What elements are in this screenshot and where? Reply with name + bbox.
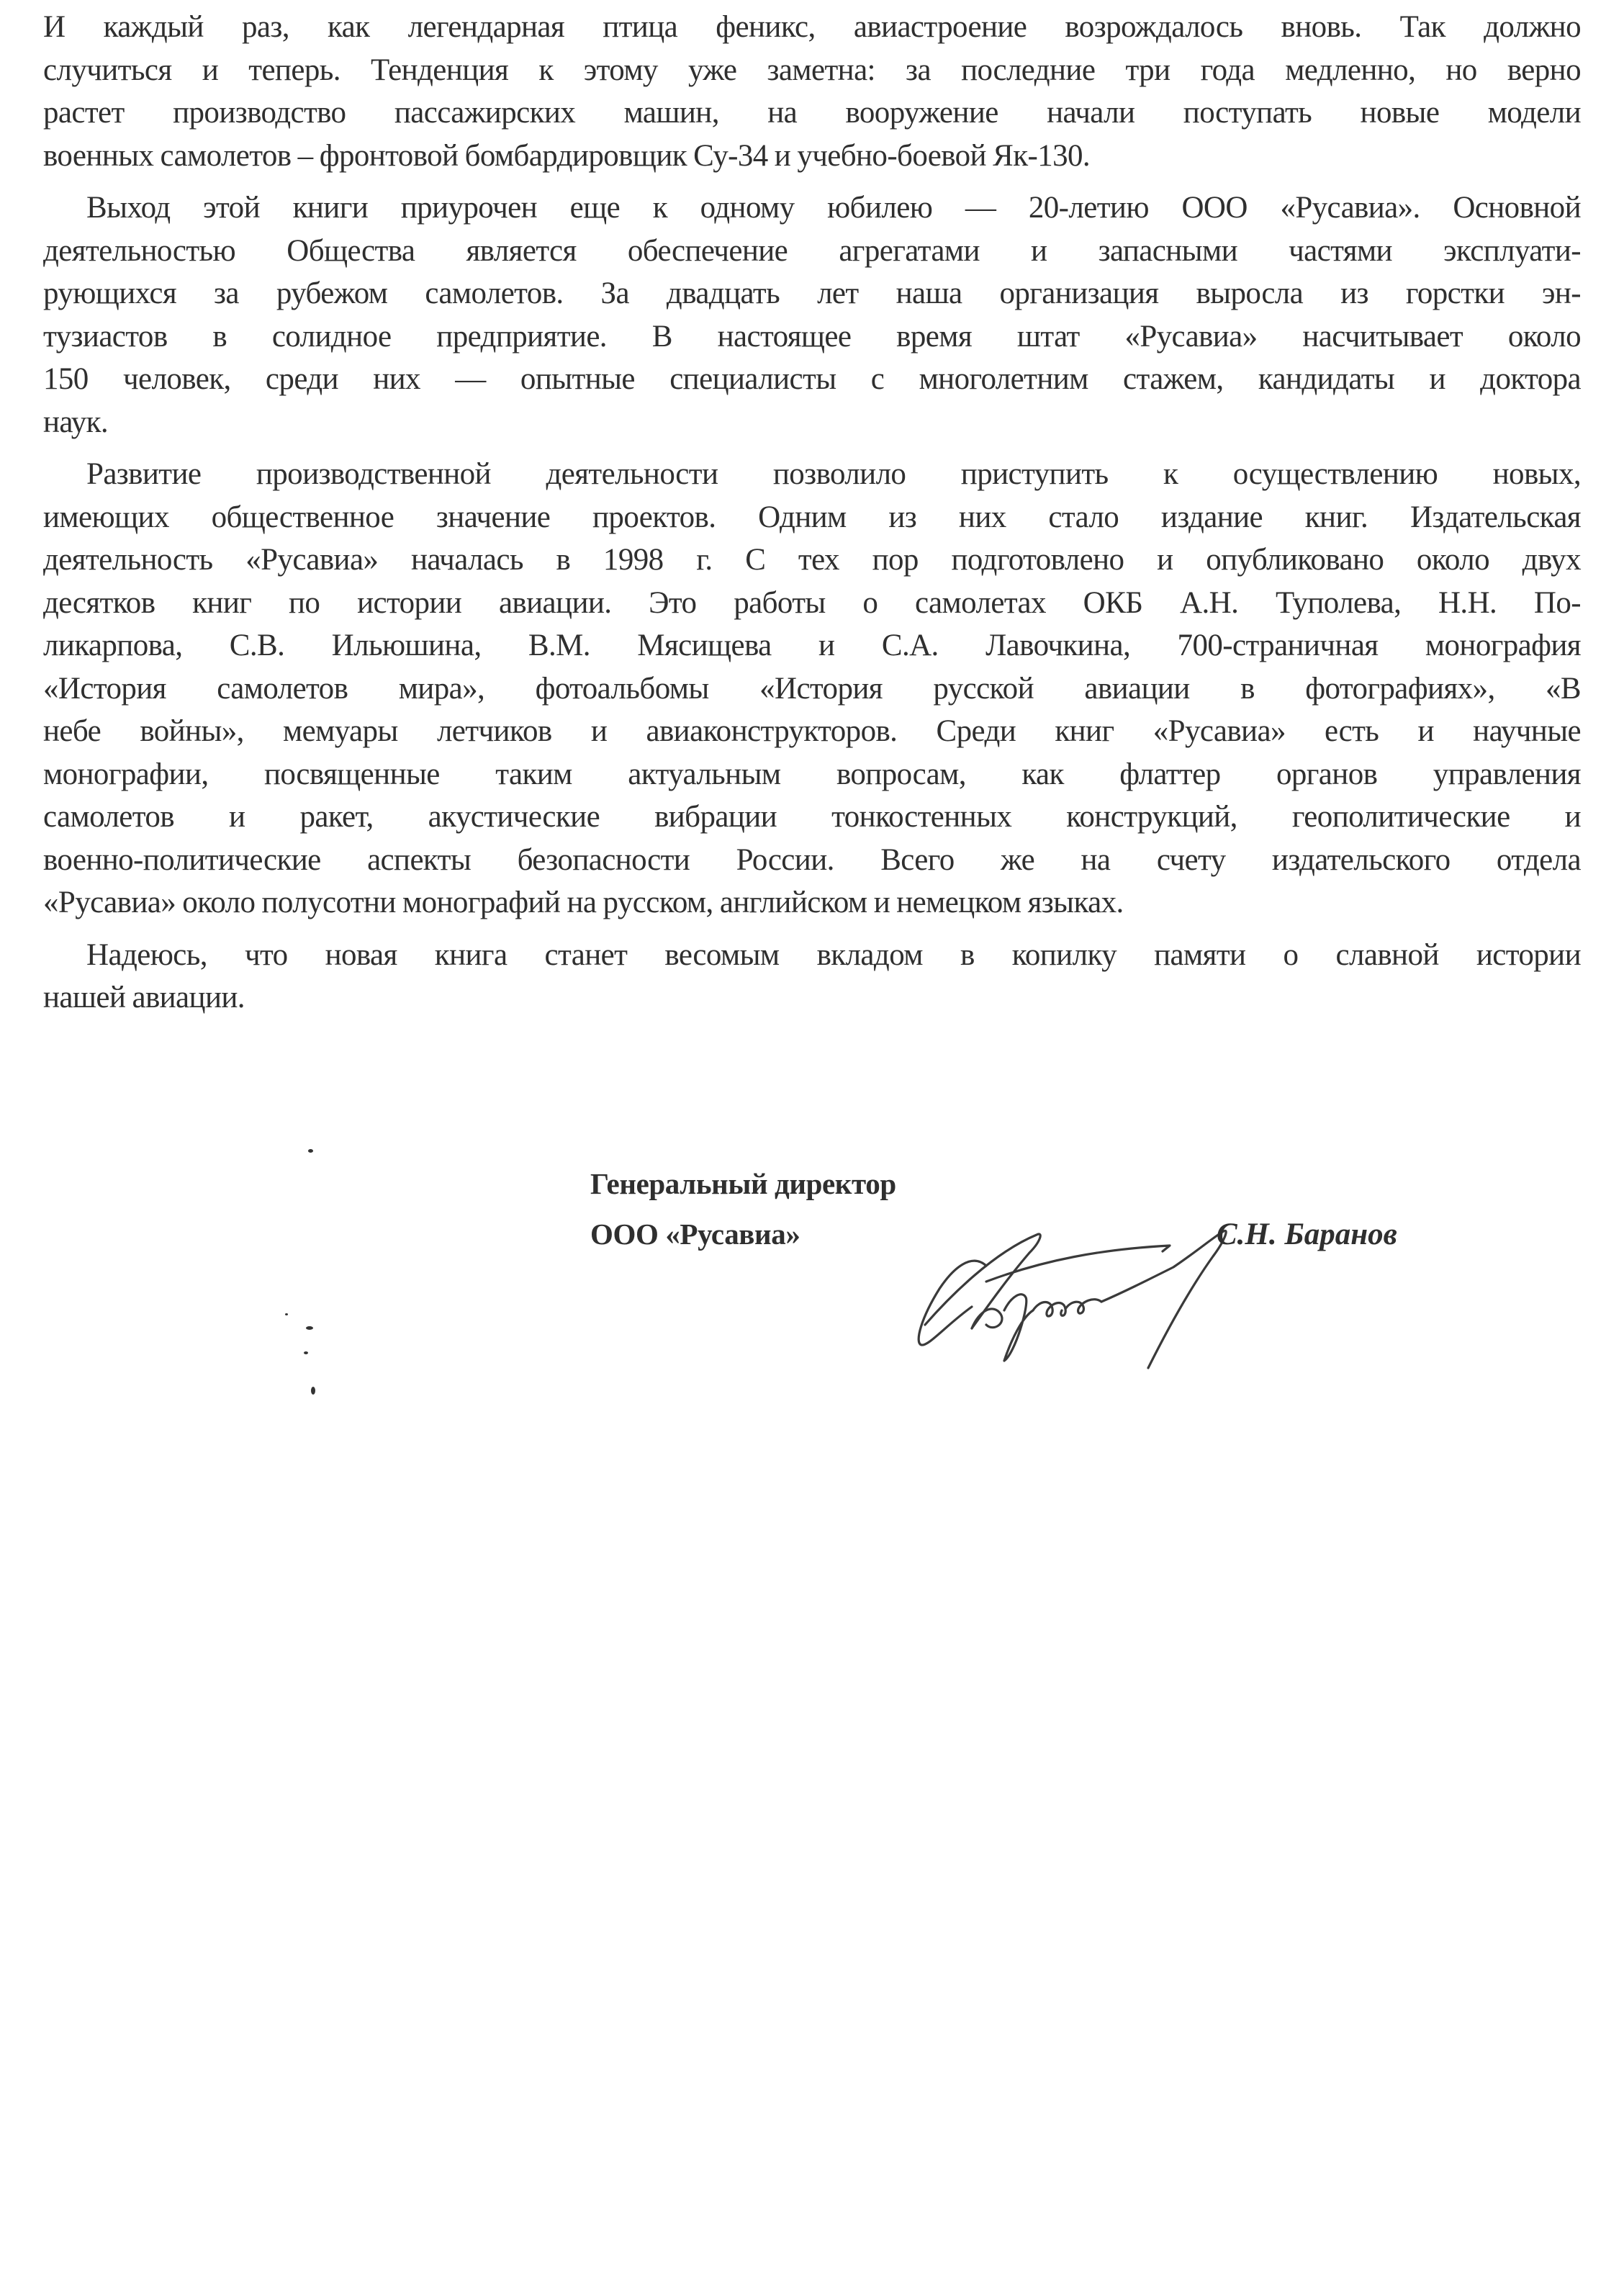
text-line: И каждый раз, как легендарная птица фени…: [43, 6, 1581, 49]
text-line: нашей авиации.: [43, 976, 1581, 1020]
text-line: десятков книг по истории авиации. Это ра…: [43, 582, 1581, 625]
signatory-name: С.Н. Баранов: [1217, 1217, 1397, 1252]
text-line: «Русавиа» около полусотни монографий на …: [43, 881, 1581, 924]
text-line: небе войны», мемуары летчиков и авиаконс…: [43, 710, 1581, 753]
signatory-title: Генеральный директор: [590, 1166, 896, 1201]
text-line: деятельностью Общества является обеспече…: [43, 230, 1581, 273]
text-line: военно-политические аспекты безопасности…: [43, 839, 1581, 882]
text-line: «История самолетов мира», фотоальбомы «И…: [43, 667, 1581, 711]
handwritten-signature-icon: [885, 1210, 1231, 1375]
text-line: случиться и теперь. Тенденция к этому уж…: [43, 49, 1581, 92]
text-line: тузиастов в солидное предприятие. В наст…: [43, 315, 1581, 359]
text-line: Надеюсь, что новая книга станет весомым …: [43, 934, 1581, 977]
text-line: растет производство пассажирских машин, …: [43, 91, 1581, 135]
scan-speck: [285, 1313, 288, 1315]
paragraph-phoenix: И каждый раз, как легендарная птица фени…: [43, 6, 1581, 177]
text-line: рующихся за рубежом самолетов. За двадца…: [43, 272, 1581, 315]
text-line: Выход этой книги приурочен еще к одному …: [43, 186, 1581, 230]
scan-speck: [304, 1351, 308, 1354]
text-line: монографии, посвященные таким актуальным…: [43, 753, 1581, 796]
scan-speck: [308, 1149, 313, 1153]
signatory-organization: ООО «Русавиа»: [590, 1217, 800, 1251]
scan-speck: [306, 1326, 313, 1330]
text-line: Развитие производственной деятельности п…: [43, 453, 1581, 496]
paragraph-closing-hope: Надеюсь, что новая книга станет весомым …: [43, 934, 1581, 1020]
text-line: военных самолетов – фронтовой бомбардиро…: [43, 135, 1581, 178]
paragraph-publishing: Развитие производственной деятельности п…: [43, 453, 1581, 924]
text-line: наук.: [43, 401, 1581, 444]
text-line: ликарпова, С.В. Ильюшина, В.М. Мясищева …: [43, 624, 1581, 667]
text-line: имеющих общественное значение проектов. …: [43, 496, 1581, 539]
paragraph-rusavia-anniversary: Выход этой книги приурочен еще к одному …: [43, 186, 1581, 444]
text-line: деятельность «Русавиа» началась в 1998 г…: [43, 539, 1581, 582]
text-line: самолетов и ракет, акустические вибрации…: [43, 796, 1581, 839]
text-line: 150 человек, среди них — опытные специал…: [43, 358, 1581, 401]
document-page: И каждый раз, как легендарная птица фени…: [43, 6, 1581, 1020]
scan-speck: [311, 1387, 315, 1395]
